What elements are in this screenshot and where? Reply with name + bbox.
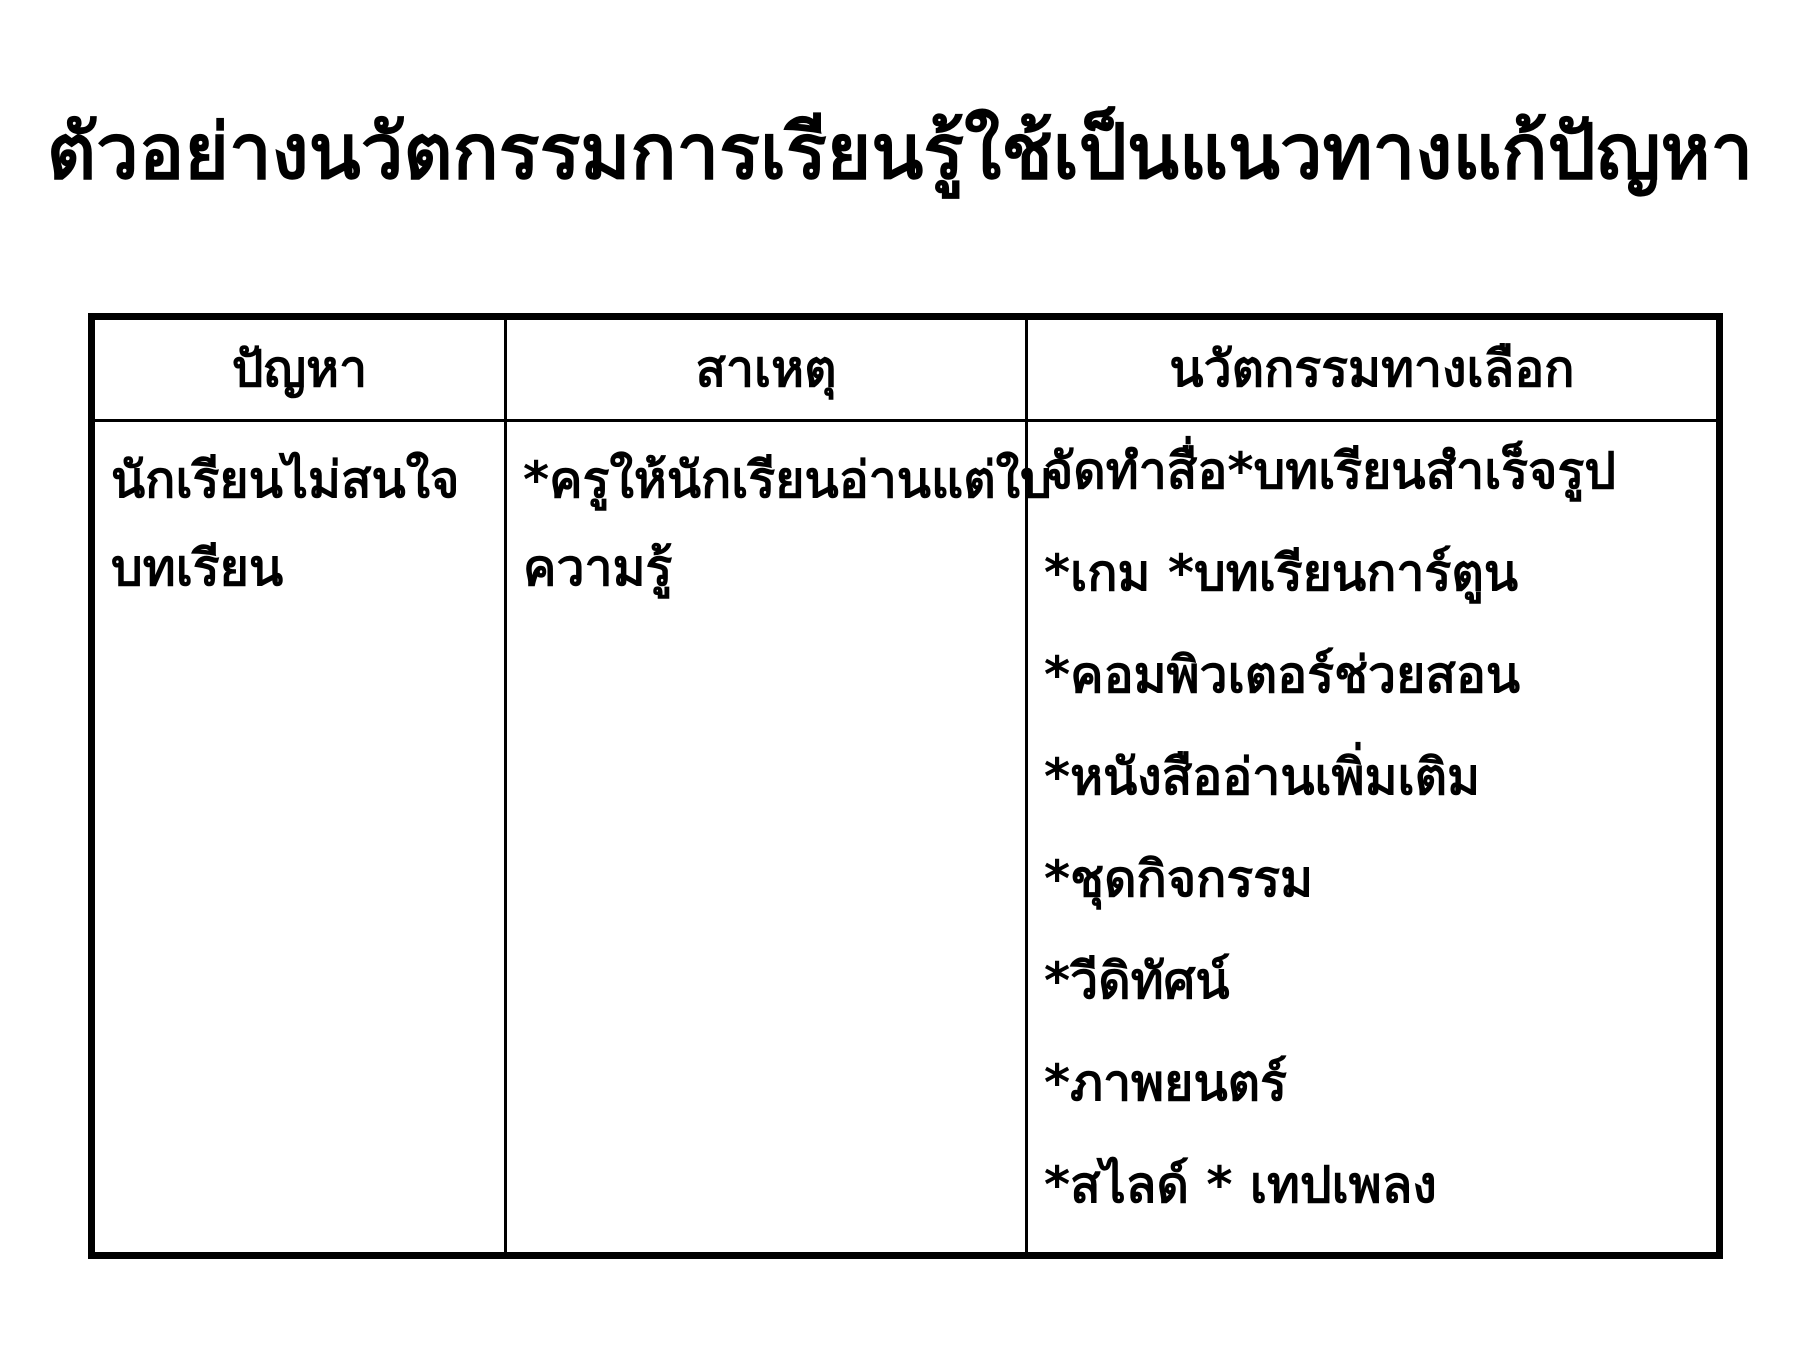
slide-title: ตัวอย่างนวัตกรรมการเรียนรู้ใช้เป็นแนวทาง… bbox=[0, 92, 1800, 212]
col-header-innovation: นวัตกรรมทางเลือก bbox=[1027, 317, 1720, 421]
innovation-item: *ภาพยนตร์ bbox=[1044, 1048, 1708, 1118]
cell-innovations: จัดทำสื่อ*บทเรียนสำเร็จรูป *เกม *บทเรียน… bbox=[1027, 421, 1720, 1256]
cause-line: ความรู้ bbox=[523, 524, 1017, 612]
table-header-row: ปัญหา สาเหตุ นวัตกรรมทางเลือก bbox=[92, 317, 1720, 421]
innovation-item: *วีดิทัศน์ bbox=[1044, 946, 1708, 1016]
cause-line: *ครูให้นักเรียนอ่านแต่ใบ bbox=[523, 436, 1017, 524]
innovation-table: ปัญหา สาเหตุ นวัตกรรมทางเลือก นักเรียนไม… bbox=[88, 313, 1723, 1259]
innovation-item: *เกม *บทเรียนการ์ตูน bbox=[1044, 538, 1708, 608]
innovation-item: *สไลด์ * เทปเพลง bbox=[1044, 1150, 1708, 1220]
cell-problem: นักเรียนไม่สนใจ บทเรียน bbox=[92, 421, 506, 1256]
innovation-item: *หนังสืออ่านเพิ่มเติม bbox=[1044, 742, 1708, 812]
slide: ตัวอย่างนวัตกรรมการเรียนรู้ใช้เป็นแนวทาง… bbox=[0, 0, 1800, 1350]
problem-line: นักเรียนไม่สนใจ bbox=[111, 436, 496, 524]
innovation-item: *คอมพิวเตอร์ช่วยสอน bbox=[1044, 640, 1708, 710]
innovation-item: *ชุดกิจกรรม bbox=[1044, 844, 1708, 914]
cell-cause: *ครูให้นักเรียนอ่านแต่ใบ ความรู้ bbox=[506, 421, 1027, 1256]
col-header-problem: ปัญหา bbox=[92, 317, 506, 421]
innovation-item: จัดทำสื่อ*บทเรียนสำเร็จรูป bbox=[1044, 436, 1708, 506]
col-header-cause: สาเหตุ bbox=[506, 317, 1027, 421]
problem-line: บทเรียน bbox=[111, 524, 496, 612]
table-body-row: นักเรียนไม่สนใจ บทเรียน *ครูให้นักเรียนอ… bbox=[92, 421, 1720, 1256]
